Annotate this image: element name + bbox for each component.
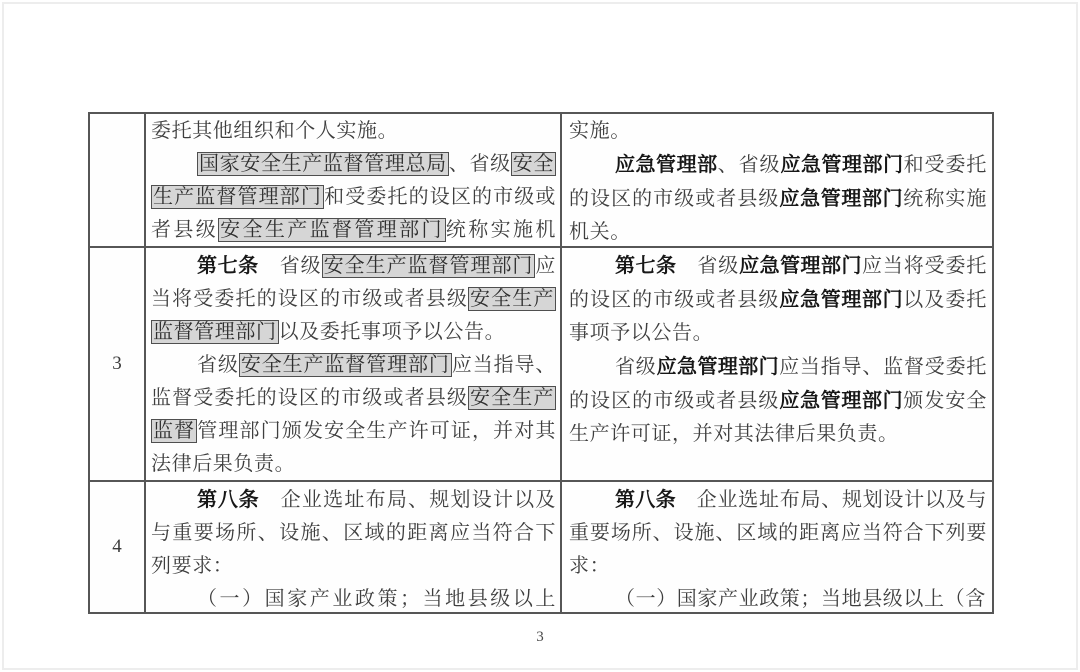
text-run: （一）国家产业政策；当地县级以上（含 [151, 588, 556, 612]
bold-term: 第七条 [197, 253, 259, 277]
paragraph: 应急管理部、省级应急管理部门和受委托的设区的市级或者县级应急管理部门统称实施机关… [569, 148, 987, 246]
paragraph: 第八条 企业选址布局、规划设计以及与重要场所、设施、区域的距离应当符合下列要求： [569, 483, 987, 583]
highlighted-term: 安全生产监督管理部门 [218, 218, 446, 242]
bold-term: 应急管理部门 [779, 287, 903, 311]
row-number-cell: 4 [90, 482, 146, 612]
highlighted-term: 安全生产监督管理部门 [239, 353, 452, 377]
paragraph: 国家安全生产监督管理总局、省级安全生产监督管理部门和受委托的设区的市级或者县级安… [151, 148, 556, 246]
text-run: 省级 [259, 255, 322, 277]
text-run: 、省级 [449, 153, 511, 175]
bold-term: 应急管理部门 [779, 388, 903, 412]
paragraph: 省级应急管理部门应当指导、监督受委托的设区的市级或者县级应急管理部门颁发安全生产… [569, 350, 987, 451]
paragraph: 委托其他组织和个人实施。 [151, 115, 556, 148]
paragraph: （一）国家产业政策；当地县级以上（含 [151, 583, 556, 612]
table-row: 委托其他组织和个人实施。国家安全生产监督管理总局、省级安全生产监督管理部门和受委… [90, 114, 992, 248]
table-row: 4第八条 企业选址布局、规划设计以及与重要场所、设施、区域的距离应当符合下列要求… [90, 482, 992, 612]
old-text-cell: 第八条 企业选址布局、规划设计以及与重要场所、设施、区域的距离应当符合下列要求：… [146, 482, 562, 612]
paragraph: 第八条 企业选址布局、规划设计以及与重要场所、设施、区域的距离应当符合下列要求： [151, 483, 556, 583]
highlighted-term: 安全生产监督管理部门 [322, 254, 536, 278]
comparison-table: 委托其他组织和个人实施。国家安全生产监督管理总局、省级安全生产监督管理部门和受委… [88, 112, 994, 614]
paragraph: （一）国家产业政策；当地县级以上（含 [569, 583, 987, 612]
bold-term: 应急管理部门 [779, 186, 903, 210]
text-run: 省级 [676, 255, 739, 277]
old-text-cell: 委托其他组织和个人实施。国家安全生产监督管理总局、省级安全生产监督管理部门和受委… [146, 114, 562, 246]
highlighted-term: 国家安全生产监督管理总局 [197, 152, 449, 176]
new-text-cell: 第七条 省级应急管理部门应当将受委托的设区的市级或者县级应急管理部门以及委托事项… [562, 248, 992, 480]
paragraph: 第七条 省级安全生产监督管理部门应当将受委托的设区的市级或者县级安全生产监督管理… [151, 249, 556, 349]
text-run: 管理部门颁发安全生产许可证，并对其法律后果负责。 [151, 420, 556, 475]
table-row: 3第七条 省级安全生产监督管理部门应当将受委托的设区的市级或者县级安全生产监督管… [90, 248, 992, 482]
text-run: （一）国家产业政策；当地县级以上（含 [615, 588, 986, 610]
bold-term: 应急管理部门 [739, 253, 862, 277]
page-number: 3 [0, 629, 1080, 646]
paragraph: 第七条 省级应急管理部门应当将受委托的设区的市级或者县级应急管理部门以及委托事项… [569, 249, 987, 350]
bold-term: 应急管理部门 [657, 354, 779, 378]
new-text-cell: 实施。应急管理部、省级应急管理部门和受委托的设区的市级或者县级应急管理部门统称实… [562, 114, 992, 246]
row-number-cell [90, 114, 146, 246]
text-run: 以及委托事项予以公告。 [279, 321, 506, 343]
old-text-cell: 第七条 省级安全生产监督管理部门应当将受委托的设区的市级或者县级安全生产监督管理… [146, 248, 562, 480]
bold-term: 应急管理部门 [780, 152, 903, 176]
bold-term: 第七条 [615, 253, 676, 277]
bold-term: 第八条 [197, 487, 259, 511]
text-run: 省级 [615, 356, 657, 378]
text-run: 、省级 [718, 154, 781, 176]
row-number-cell: 3 [90, 248, 146, 480]
new-text-cell: 第八条 企业选址布局、规划设计以及与重要场所、设施、区域的距离应当符合下列要求：… [562, 482, 992, 612]
paragraph: 实施。 [569, 115, 987, 148]
paragraph: 省级安全生产监督管理部门应当指导、监督受委托的设区的市级或者县级安全生产监督管理… [151, 349, 556, 480]
text-run: 省级 [197, 354, 239, 376]
text-run: 实施。 [569, 120, 631, 142]
text-run: 委托其他组织和个人实施。 [151, 120, 398, 142]
bold-term: 第八条 [615, 487, 676, 511]
bold-term: 应急管理部 [615, 152, 718, 176]
